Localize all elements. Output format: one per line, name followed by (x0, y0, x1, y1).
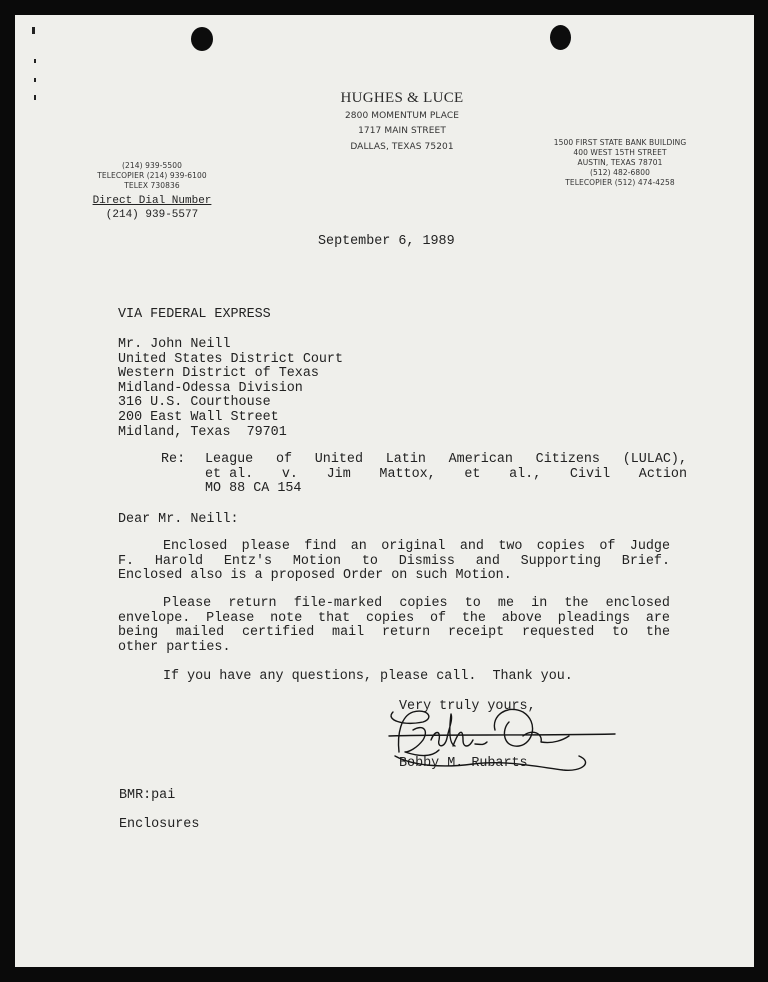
word: Mattox, (379, 468, 435, 483)
word: and (476, 555, 500, 570)
word: copies (366, 612, 414, 627)
word: the (462, 612, 486, 627)
word: being (118, 626, 158, 641)
re-line: MO 88 CA 154 (205, 482, 687, 497)
recipient-line: Midland-Odessa Division (118, 382, 343, 397)
direct-dial-label: Direct Dial Number (67, 195, 237, 208)
recipient-block: Mr. John Neill United States District Co… (118, 338, 343, 440)
word: me (498, 597, 514, 612)
word: to (612, 626, 628, 641)
word: receipt (448, 626, 504, 641)
dallas-address-line: 1717 MAIN STREET (302, 124, 502, 139)
word: Jim (327, 468, 351, 483)
paragraph-line: Enclosed also is a proposed Order on suc… (118, 569, 670, 584)
word: Harold (155, 555, 203, 570)
word: the (564, 597, 588, 612)
word: Civil (570, 468, 610, 483)
firm-name: HUGHES & LUCE (302, 90, 502, 107)
word: F. (118, 555, 134, 570)
word: enclosed (606, 597, 670, 612)
word: et (464, 468, 480, 483)
dallas-address-line: DALLAS, TEXAS 75201 (302, 140, 502, 155)
word: Supporting (521, 555, 601, 570)
word: United (315, 453, 363, 468)
margin-mark (34, 95, 36, 100)
word: Enclosed (163, 540, 227, 555)
word: are (646, 612, 670, 627)
word: of (430, 612, 446, 627)
word: Please (163, 597, 211, 612)
word: American (449, 453, 513, 468)
re-line: LeagueofUnitedLatinAmericanCitizens(LULA… (205, 453, 687, 468)
word: (LULAC), (623, 453, 687, 468)
word: please (242, 540, 290, 555)
word: Judge (630, 540, 670, 555)
margin-mark (34, 59, 36, 63)
word: find (304, 540, 336, 555)
recipient-line: Midland, Texas 79701 (118, 426, 343, 441)
recipient-line: 200 East Wall Street (118, 411, 343, 426)
word: al., (509, 468, 541, 483)
dallas-contact-line: TELECOPIER (214) 939-6100 (67, 171, 237, 181)
enclosures-note: Enclosures (119, 818, 199, 833)
re-label: Re: (161, 453, 185, 468)
word: copies (399, 597, 447, 612)
paragraph-line: If you have any questions, please call. … (163, 670, 573, 685)
word: Dismiss (399, 555, 455, 570)
dallas-contact-line: (214) 939-5500 (67, 161, 237, 171)
word: Action (639, 468, 687, 483)
word: copies (537, 540, 585, 555)
word: Motion (293, 555, 341, 570)
word: certified (242, 626, 314, 641)
paragraph-line: other parties. (118, 641, 670, 656)
word: League (205, 453, 253, 468)
paragraph-line: beingmailedcertifiedmailreturnreceiptreq… (118, 626, 670, 641)
word: requested (522, 626, 594, 641)
word: Citizens (536, 453, 600, 468)
salutation: Dear Mr. Neill: (118, 513, 239, 528)
margin-mark (32, 27, 35, 34)
word: of (276, 453, 292, 468)
word: to (362, 555, 378, 570)
typist-initials: BMR:pai (119, 789, 175, 804)
austin-address-line: (512) 482-6800 (530, 168, 710, 178)
word: note (270, 612, 302, 627)
punch-hole-right (550, 25, 571, 50)
paragraph: Pleasereturnfile-markedcopiestomeintheen… (118, 597, 670, 655)
recipient-line: Mr. John Neill (118, 338, 343, 353)
paragraph-line: Enclosedpleasefindanoriginalandtwocopies… (118, 540, 670, 555)
word: Latin (386, 453, 426, 468)
word: return (228, 597, 276, 612)
paragraph: Enclosedpleasefindanoriginalandtwocopies… (118, 540, 670, 584)
word: v. (282, 468, 298, 483)
austin-address-line: 400 WEST 15TH STREET (530, 148, 710, 158)
signer-name: Bobby M. Rubarts (399, 757, 528, 772)
paragraph-line: envelope.Pleasenotethatcopiesoftheabovep… (118, 612, 670, 627)
closing: Very truly yours, (399, 700, 536, 715)
word: Brief. (622, 555, 670, 570)
word: Entz's (224, 555, 272, 570)
dallas-contact-line: TELEX 730836 (67, 181, 237, 191)
word: the (646, 626, 670, 641)
recipient-line: United States District Court (118, 353, 343, 368)
word: that (318, 612, 350, 627)
word: an (351, 540, 367, 555)
word: to (465, 597, 481, 612)
word: and (460, 540, 484, 555)
direct-dial-number: (214) 939-5577 (67, 209, 237, 222)
paragraph-line: Pleasereturnfile-markedcopiestomeintheen… (118, 597, 670, 612)
word: mail (332, 626, 364, 641)
recipient-line: Western District of Texas (118, 367, 343, 382)
word: et al. (205, 468, 253, 483)
word: of (599, 540, 615, 555)
word: in (531, 597, 547, 612)
letter-date: September 6, 1989 (318, 235, 455, 250)
re-block: LeagueofUnitedLatinAmericanCitizens(LULA… (205, 453, 687, 497)
word: two (498, 540, 522, 555)
word: mailed (176, 626, 224, 641)
punch-hole-left (191, 27, 213, 51)
word: file-marked (294, 597, 382, 612)
letter-page: HUGHES & LUCE 2800 MOMENTUM PLACE 1717 M… (15, 15, 754, 967)
word: above (502, 612, 542, 627)
recipient-line: 316 U.S. Courthouse (118, 396, 343, 411)
delivery-method: VIA FEDERAL EXPRESS (118, 308, 271, 323)
paragraph-line: F.HaroldEntz'sMotiontoDismissandSupporti… (118, 555, 670, 570)
austin-address-line: AUSTIN, TEXAS 78701 (530, 158, 710, 168)
word: envelope. (118, 612, 190, 627)
re-line: et al.v.JimMattox,etal.,CivilAction (205, 468, 687, 483)
dallas-address-line: 2800 MOMENTUM PLACE (302, 109, 502, 124)
word: original (381, 540, 445, 555)
word: Please (206, 612, 254, 627)
austin-address-line: 1500 FIRST STATE BANK BUILDING (530, 138, 710, 148)
austin-address-line: TELECOPIER (512) 474-4258 (530, 178, 710, 188)
word: pleadings (558, 612, 630, 627)
margin-mark (34, 78, 36, 82)
word: return (382, 626, 430, 641)
